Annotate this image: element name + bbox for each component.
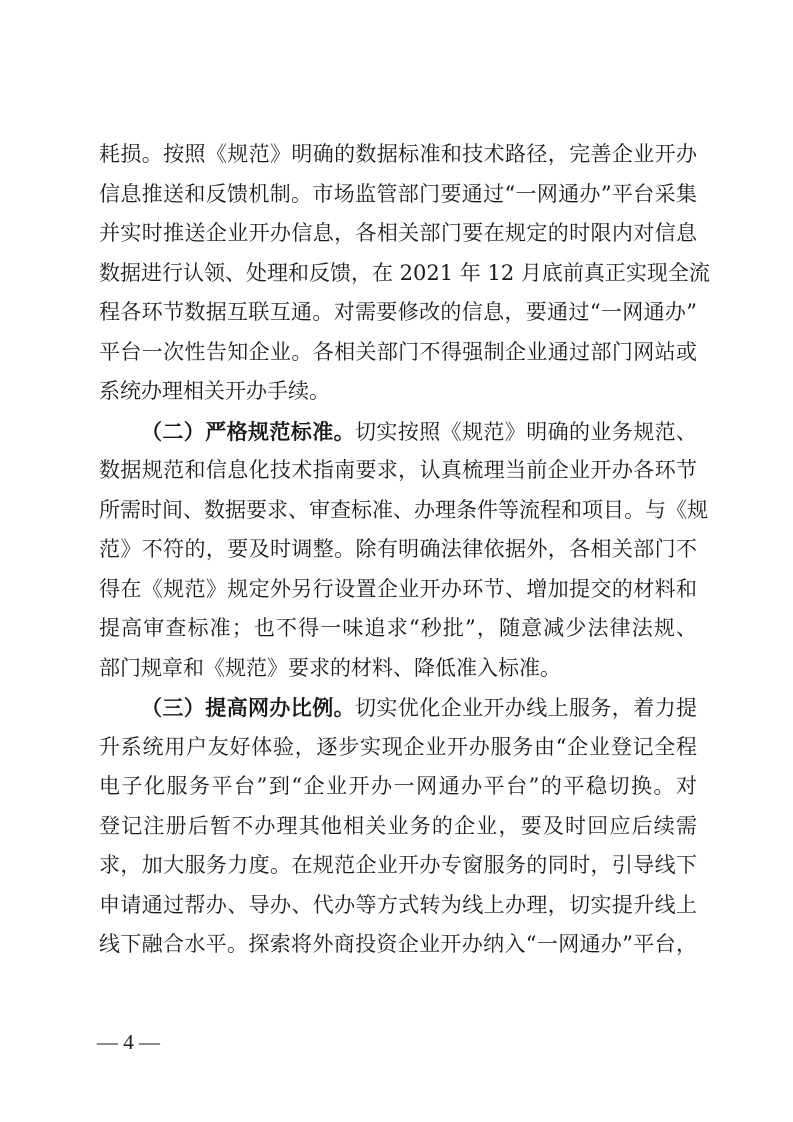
text-line: 数据规范和信息化技术指南要求，认真梳理当前企业开办各环节 [99,451,697,491]
paragraph-3: （三）提高网办比例。切实优化企业开办线上服务，着力提 升系统用户友好体验，逐步实… [99,688,697,965]
paragraph-2: （二）严格规范标准。切实按照《规范》明确的业务规范、 数据规范和信息化技术指南要… [99,412,697,689]
text-line: 并实时推送企业开办信息，各相关部门要在规定的时限内对信息 [99,214,697,254]
text-line: 申请通过帮办、导办、代办等方式转为线上办理，切实提升线上 [99,886,697,926]
text-line-first: （二）严格规范标准。切实按照《规范》明确的业务规范、 [99,412,697,452]
text-line: 登记注册后暂不办理其他相关业务的企业，要及时回应后续需 [99,807,697,847]
text-line: 升系统用户友好体验，逐步实现企业开办服务由“企业登记全程 [99,728,697,768]
text-line: 信息推送和反馈机制。市场监管部门要通过“一网通办”平台采集 [99,175,697,215]
text-line: 程各环节数据互联互通。对需要修改的信息，要通过“一网通办” [99,293,697,333]
text-line: 得在《规范》规定外另行设置企业开办环节、增加提交的材料和 [99,570,697,610]
text-line: 线下融合水平。探索将外商投资企业开办纳入“一网通办”平台， [99,925,697,965]
body-text: 耗损。按照《规范》明确的数据标准和技术路径，完善企业开办 信息推送和反馈机制。市… [99,135,697,965]
text-line: 平台一次性告知企业。各相关部门不得强制企业通过部门网站或 [99,333,697,373]
text-line-first: （三）提高网办比例。切实优化企业开办线上服务，着力提 [99,688,697,728]
section-heading: （二）严格规范标准。 [141,419,355,444]
page-number: — 4 — [97,1030,160,1055]
text-run: 切实按照《规范》明确的业务规范、 [355,420,697,444]
paragraph-1: 耗损。按照《规范》明确的数据标准和技术路径，完善企业开办 信息推送和反馈机制。市… [99,135,697,412]
document-page: 耗损。按照《规范》明确的数据标准和技术路径，完善企业开办 信息推送和反馈机制。市… [0,0,793,1122]
text-run: 切实优化企业开办线上服务，着力提 [355,696,697,720]
section-heading: （三）提高网办比例。 [141,695,355,720]
text-line: 所需时间、数据要求、审查标准、办理条件等流程和项目。与《规 [99,491,697,531]
text-line: 部门规章和《规范》要求的材料、降低准入标准。 [99,649,697,689]
text-line: 系统办理相关开办手续。 [99,372,697,412]
text-line: 耗损。按照《规范》明确的数据标准和技术路径，完善企业开办 [99,135,697,175]
text-line: 求，加大服务力度。在规范企业开办专窗服务的同时，引导线下 [99,846,697,886]
text-line: 电子化服务平台”到“企业开办一网通办平台”的平稳切换。对 [99,767,697,807]
text-line: 范》不符的，要及时调整。除有明确法律依据外，各相关部门不 [99,530,697,570]
text-line: 数据进行认领、处理和反馈，在 2021 年 12 月底前真正实现全流 [99,254,697,294]
text-line: 提高审查标准；也不得一味追求“秒批”，随意减少法律法规、 [99,609,697,649]
